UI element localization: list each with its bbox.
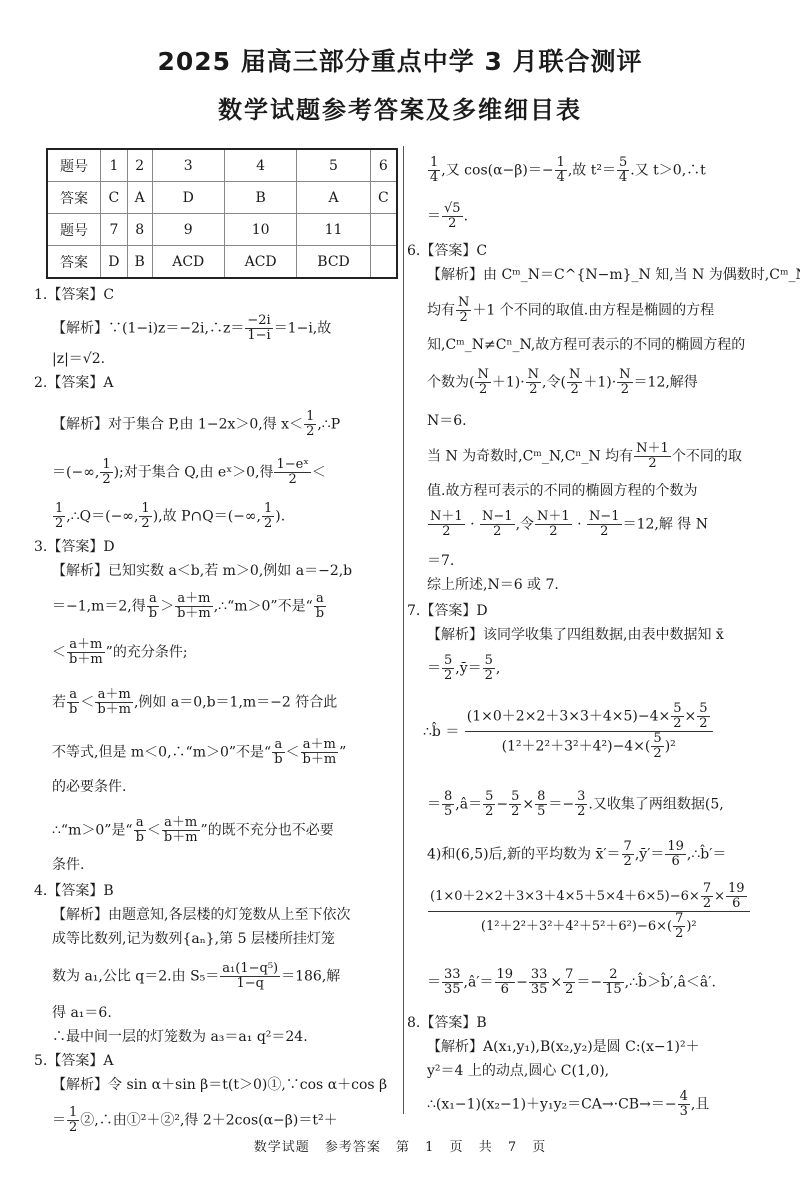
q6-solution-line: 知,Cᵐ_N≠Cⁿ_N,故方程可表示的不同的椭圆方程的	[427, 336, 745, 354]
table-cell: 6	[370, 149, 397, 182]
q7-answer: 7.【答案】D	[407, 602, 488, 620]
q6-solution-line: 综上所述,N＝6 或 7.	[427, 576, 559, 594]
q5-solution-line: ＝√52.	[427, 202, 468, 231]
q1-result: |z|＝√2.	[52, 350, 105, 368]
document-subtitle: 数学试题参考答案及多维细目表	[0, 90, 800, 125]
table-cell: 5	[297, 149, 370, 182]
table-cell: ACD	[224, 246, 296, 279]
table-cell: B	[127, 246, 152, 279]
q5-solution-line: ＝12②,∴由①²＋②²,得 2＋2cos(α−β)＝t²＋	[52, 1106, 338, 1135]
q3-solution-line: ∴“m＞0”是“ab＜a＋mb＋m”的既不充分也不必要	[52, 816, 334, 845]
table-row: 题号 7 8 9 10 11	[47, 214, 397, 246]
table-cell: D	[152, 182, 224, 214]
footer-section: 参考答案	[325, 1140, 381, 1155]
q8-solution-line: y²＝4 上的动点,圆心 C(1,0),	[427, 1062, 609, 1080]
q3-answer: 3.【答案】D	[34, 538, 115, 556]
table-cell	[370, 246, 397, 279]
table-cell: D	[101, 246, 128, 279]
table-cell: 10	[224, 214, 296, 246]
table-cell: 2	[127, 149, 152, 182]
q6-solution-line: 值.故方程可表示的不同的椭圆方程的个数为	[427, 482, 697, 500]
table-cell: 9	[152, 214, 224, 246]
q4-answer: 4.【答案】B	[34, 882, 114, 900]
page-footer: 数学试题 参考答案 第 1 页 共 7 页	[0, 1136, 800, 1155]
table-row: 题号 1 2 3 4 5 6	[47, 149, 397, 182]
q3-solution-line: 若ab＜a＋mb＋m,例如 a＝0,b＝1,m＝−2 符合此	[52, 688, 337, 717]
q4-solution-line: 成等比数列,记为数列{aₙ},第 5 层楼所挂灯笼	[52, 930, 335, 948]
row-label: 题号	[47, 214, 101, 246]
table-cell: C	[101, 182, 128, 214]
table-cell: ACD	[152, 246, 224, 279]
q2-solution-line: 12,∴Q＝(−∞,12),故 P∩Q＝(−∞,12).	[52, 502, 285, 531]
q6-solution-line: 【解析】由 Cᵐ_N＝C^{N−m}_N 知,当 N 为偶数时,Cᵐ_N,Cⁿ_…	[427, 266, 800, 284]
table-cell: BCD	[297, 246, 370, 279]
q7-solution-line: 【解析】该同学收集了四组数据,由表中数据知 x̄	[427, 626, 724, 644]
table-cell: 11	[297, 214, 370, 246]
q1-solution-line: 【解析】∵(1−i)z＝−2i,∴z＝−2i1−i＝1−i,故	[52, 314, 331, 343]
table-cell: A	[297, 182, 370, 214]
table-cell	[370, 214, 397, 246]
table-row: 答案 D B ACD ACD BCD	[47, 246, 397, 279]
q5-solution-line: 14,又 cos(α−β)＝−14,故 t²＝54.又 t＞0,∴t	[427, 156, 706, 185]
table-cell: C	[370, 182, 397, 214]
q3-solution-line: 【解析】已知实数 a＜b,若 m＞0,例如 a＝−2,b	[52, 562, 352, 580]
document-title: 2025 届高三部分重点中学 3 月联合测评	[0, 42, 800, 78]
q6-answer: 6.【答案】C	[407, 242, 487, 260]
q2-solution-line: ＝(−∞,12);对于集合 Q,由 eˣ＞0,得1−eˣ2＜	[52, 458, 326, 487]
q8-solution-line: 【解析】A(x₁,y₁),B(x₂,y₂)是圆 C:(x−1)²＋	[427, 1038, 700, 1056]
q7-solution-line: ＝85,â＝52−52×85＝−32.又收集了两组数据(5,	[427, 790, 724, 819]
q8-solution-line: ∴(x₁−1)(x₂−1)＋y₁y₂＝CA→·CB→＝−43,且	[427, 1090, 709, 1119]
table-row: 答案 C A D B A C	[47, 182, 397, 214]
q4-solution-line: 数为 a₁,公比 q＝2.由 S₅＝a₁(1−q⁵)1−q＝186,解	[52, 962, 340, 991]
q2-answer: 2.【答案】A	[34, 374, 113, 392]
row-label: 题号	[47, 149, 101, 182]
footer-subject: 数学试题	[254, 1140, 310, 1155]
q5-answer: 5.【答案】A	[34, 1052, 113, 1070]
q6-solution-line: 均有N2＋1 个不同的取值.由方程是椭圆的方程	[427, 296, 714, 325]
q6-solution-line: 个数为(N2＋1)·N2,令(N2＋1)·N2＝12,解得	[427, 368, 698, 397]
q5-solution-line: 【解析】令 sin α＋sin β＝t(t＞0)①,∵cos α＋cos β	[52, 1076, 387, 1094]
fraction: −2i1−i	[245, 314, 272, 343]
table-cell: 1	[101, 149, 128, 182]
footer-page: 第 1 页	[396, 1140, 464, 1155]
table-cell: 8	[127, 214, 152, 246]
column-divider	[403, 146, 404, 1114]
q3-solution-line: ＝−1,m＝2,得ab＞a＋mb＋m,∴“m＞0”不是“ab	[52, 592, 327, 621]
table-cell: B	[224, 182, 296, 214]
q4-solution-line: ∴最中间一层的灯笼数为 a₃＝a₁ q²＝24.	[52, 1028, 308, 1046]
q7-solution-line: 4)和(6,5)后,新的平均数为 x̄′＝72,ȳ′＝196,∴b̂′＝	[427, 840, 726, 869]
q6-solution-line: N＝6.	[427, 412, 467, 430]
q3-solution-line: ＜a＋mb＋m”的充分条件;	[52, 638, 188, 667]
q4-solution-line: 【解析】由题意知,各层楼的灯笼数从上至下依次	[52, 906, 350, 924]
table-cell: 4	[224, 149, 296, 182]
footer-total: 共 7 页	[479, 1140, 547, 1155]
q7-solution-line: ＝52,ȳ＝52,	[427, 654, 500, 683]
row-label: 答案	[47, 182, 101, 214]
q3-solution-line: 的必要条件.	[52, 778, 126, 796]
q7-formula-b: ∴b̂ ＝ (1×0＋2×2＋3×3＋4×5)−4×52×52(1²＋2²＋3²…	[423, 702, 714, 761]
q3-solution-line: 不等式,但是 m＜0,∴“m＞0”不是“ab＜a＋mb＋m”	[52, 738, 346, 767]
table-cell: 7	[101, 214, 128, 246]
q8-answer: 8.【答案】B	[407, 1014, 487, 1032]
table-cell: A	[127, 182, 152, 214]
q1-answer: 1.【答案】C	[34, 286, 114, 304]
answer-table: 题号 1 2 3 4 5 6 答案 C A D B A C 题号 7 8 9 1…	[46, 148, 398, 279]
q6-solution-line: 当 N 为奇数时,Cᵐ_N,Cⁿ_N 均有N＋12个不同的取	[427, 442, 742, 471]
q4-solution-line: 得 a₁＝6.	[52, 1004, 112, 1022]
q6-solution-line: N＋12 · N−12,令N＋12 · N−12＝12,解 得 N	[427, 510, 708, 539]
q3-solution-line: 条件.	[52, 856, 84, 874]
row-label: 答案	[47, 246, 101, 279]
q7-formula-b-prime: (1×0＋2×2＋3×3＋4×5＋5×4＋6×5)−6×72×196(1²＋2²…	[427, 882, 751, 941]
q2-solution-line: 【解析】对于集合 P,由 1−2x＞0,得 x＜12,∴P	[52, 410, 340, 439]
table-cell: 3	[152, 149, 224, 182]
q6-solution-line: ＝7.	[427, 552, 454, 570]
q7-solution-line: ＝3335,â′＝196−3335×72＝−215,∴b̂＞b̂′,â＜â′.	[427, 968, 716, 997]
